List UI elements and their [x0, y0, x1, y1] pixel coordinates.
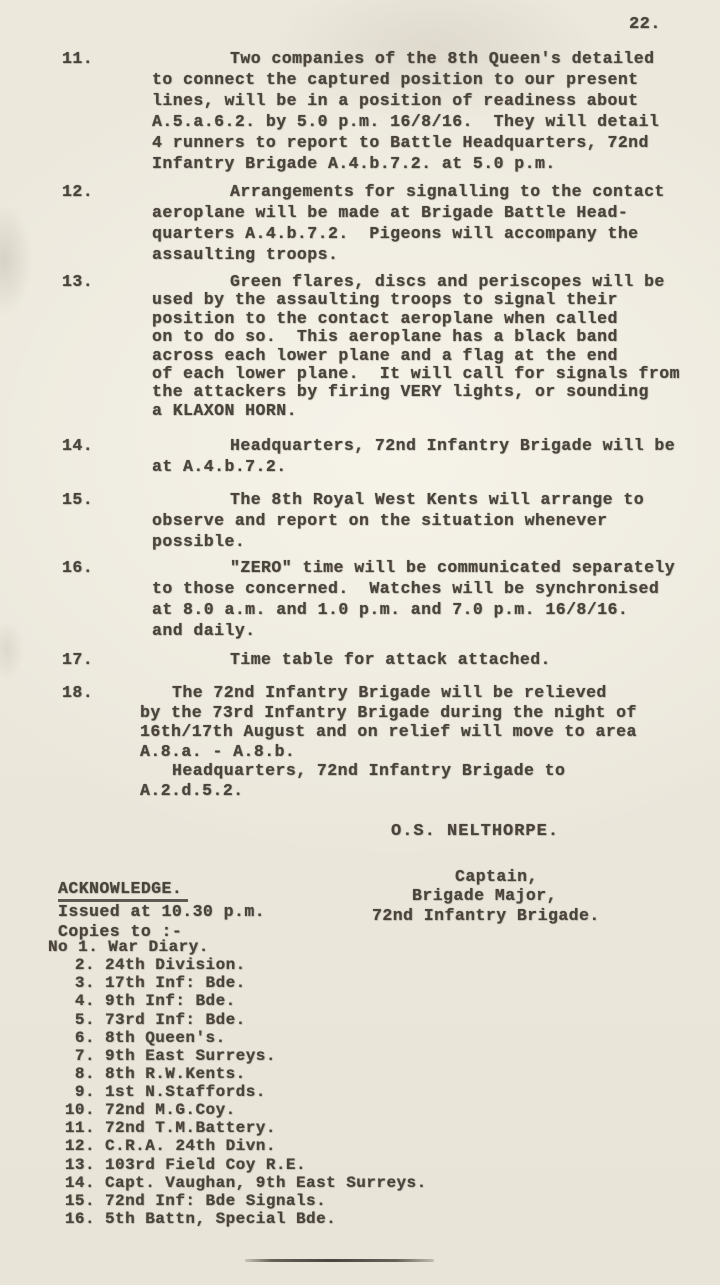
signoff-rank: Captain, [455, 867, 538, 886]
distribution-row: 8. 8th R.W.Kents. [48, 1065, 427, 1083]
copy-recipient: 9th Inf: Bde. [105, 992, 236, 1010]
copy-number: 11. [48, 1119, 95, 1137]
distribution-row: 14. Capt. Vaughan, 9th East Surreys. [48, 1174, 427, 1192]
order-number: 17. [62, 649, 93, 670]
order-number: 18. [62, 683, 93, 703]
distribution-list: No 1. War Diary. 2. 24th Division. 3. 17… [48, 938, 427, 1228]
copy-recipient: 72nd Inf: Bde Signals. [105, 1192, 326, 1210]
copy-recipient: 17th Inf: Bde. [105, 974, 246, 992]
issued-time: Issued at 10.30 p.m. [58, 902, 265, 922]
order-item-18: 18. The 72nd Infantry Brigade will be re… [62, 683, 637, 801]
order-text: Time table for attack attached. [152, 649, 551, 670]
order-number: 15. [62, 489, 93, 510]
distribution-row: 16. 5th Battn, Special Bde. [48, 1210, 427, 1228]
distribution-row: 9. 1st N.Staffords. [48, 1083, 427, 1101]
copy-recipient: 5th Battn, Special Bde. [105, 1210, 336, 1228]
copy-recipient: 72nd T.M.Battery. [105, 1119, 276, 1137]
copy-recipient: 8th R.W.Kents. [105, 1065, 246, 1083]
order-number: 16. [62, 557, 93, 578]
copy-number: 13. [48, 1156, 95, 1174]
copy-recipient: 72nd M.G.Coy. [105, 1101, 236, 1119]
signoff-role: Brigade Major, [412, 886, 557, 905]
distribution-row: No 1. War Diary. [48, 938, 427, 956]
order-item-15: 15. The 8th Royal West Kents will arrang… [62, 489, 644, 552]
copy-number: 16. [48, 1210, 95, 1228]
distribution-row: 11. 72nd T.M.Battery. [48, 1119, 427, 1137]
copy-number: No 1. [48, 938, 98, 956]
order-text: Two companies of the 8th Queen's detaile… [152, 48, 659, 174]
copy-number: 4. [48, 992, 95, 1010]
order-item-14: 14. Headquarters, 72nd Infantry Brigade … [62, 436, 675, 477]
paper-smudge [0, 620, 24, 680]
distribution-row: 15. 72nd Inf: Bde Signals. [48, 1192, 427, 1210]
order-text: The 72nd Infantry Brigade will be reliev… [140, 683, 637, 761]
acknowledge-heading: ACKNOWLEDGE. [58, 879, 265, 902]
distribution-row: 6. 8th Queen's. [48, 1029, 427, 1047]
copy-number: 14. [48, 1174, 95, 1192]
order-item-12: 12. Arrangements for signalling to the c… [62, 181, 665, 265]
copy-recipient: 103rd Field Coy R.E. [105, 1156, 306, 1174]
distribution-row: 13. 103rd Field Coy R.E. [48, 1156, 427, 1174]
copy-recipient: 73rd Inf: Bde. [105, 1011, 246, 1029]
acknowledge-heading-text: ACKNOWLEDGE. [58, 879, 188, 902]
copy-recipient: C.R.A. 24th Divn. [105, 1137, 276, 1155]
order-text-continuation: Headquarters, 72nd Infantry Brigade to A… [140, 761, 637, 800]
order-text: Arrangements for signalling to the conta… [152, 181, 665, 265]
copy-number: 3. [48, 974, 95, 992]
footer-divider [245, 1259, 434, 1262]
order-number: 13. [62, 273, 93, 291]
paper-crease [0, 205, 32, 315]
copy-number: 12. [48, 1137, 95, 1155]
copy-recipient: 8th Queen's. [105, 1029, 226, 1047]
order-text: "ZERO" time will be communicated separat… [152, 557, 675, 641]
copy-recipient: Capt. Vaughan, 9th East Surreys. [105, 1174, 427, 1192]
order-number: 12. [62, 181, 93, 202]
copy-recipient: War Diary. [108, 938, 209, 956]
distribution-row: 4. 9th Inf: Bde. [48, 992, 427, 1010]
copy-number: 10. [48, 1101, 95, 1119]
copy-recipient: 9th East Surreys. [105, 1047, 276, 1065]
copy-number: 6. [48, 1029, 95, 1047]
document-page: 22. 11. Two companies of the 8th Queen's… [0, 0, 720, 1285]
order-text: Headquarters, 72nd Infantry Brigade will… [152, 436, 675, 477]
distribution-row: 3. 17th Inf: Bde. [48, 974, 427, 992]
order-number: 14. [62, 436, 93, 457]
page-number: 22. [629, 15, 661, 34]
acknowledge-block: ACKNOWLEDGE. Issued at 10.30 p.m. Copies… [58, 879, 265, 943]
signature-name: O.S. NELTHORPE. [391, 822, 559, 841]
order-item-13: 13. Green flares, discs and periscopes w… [62, 273, 680, 420]
copy-number: 9. [48, 1083, 95, 1101]
order-item-17: 17. Time table for attack attached. [62, 649, 551, 670]
order-text: Green flares, discs and periscopes will … [152, 273, 680, 420]
copy-number: 5. [48, 1011, 95, 1029]
copy-number: 7. [48, 1047, 95, 1065]
copy-number: 8. [48, 1065, 95, 1083]
distribution-row: 2. 24th Division. [48, 956, 427, 974]
distribution-row: 10. 72nd M.G.Coy. [48, 1101, 427, 1119]
signoff-unit: 72nd Infantry Brigade. [372, 906, 600, 925]
copy-number: 2. [48, 956, 95, 974]
distribution-row: 12. C.R.A. 24th Divn. [48, 1137, 427, 1155]
order-item-11: 11. Two companies of the 8th Queen's det… [62, 48, 659, 174]
copy-number: 15. [48, 1192, 95, 1210]
distribution-row: 5. 73rd Inf: Bde. [48, 1011, 427, 1029]
copy-recipient: 24th Division. [105, 956, 246, 974]
order-number: 11. [62, 48, 93, 69]
order-text: The 8th Royal West Kents will arrange to… [152, 489, 644, 552]
order-item-16: 16. "ZERO" time will be communicated sep… [62, 557, 675, 641]
copy-recipient: 1st N.Staffords. [105, 1083, 266, 1101]
distribution-row: 7. 9th East Surreys. [48, 1047, 427, 1065]
